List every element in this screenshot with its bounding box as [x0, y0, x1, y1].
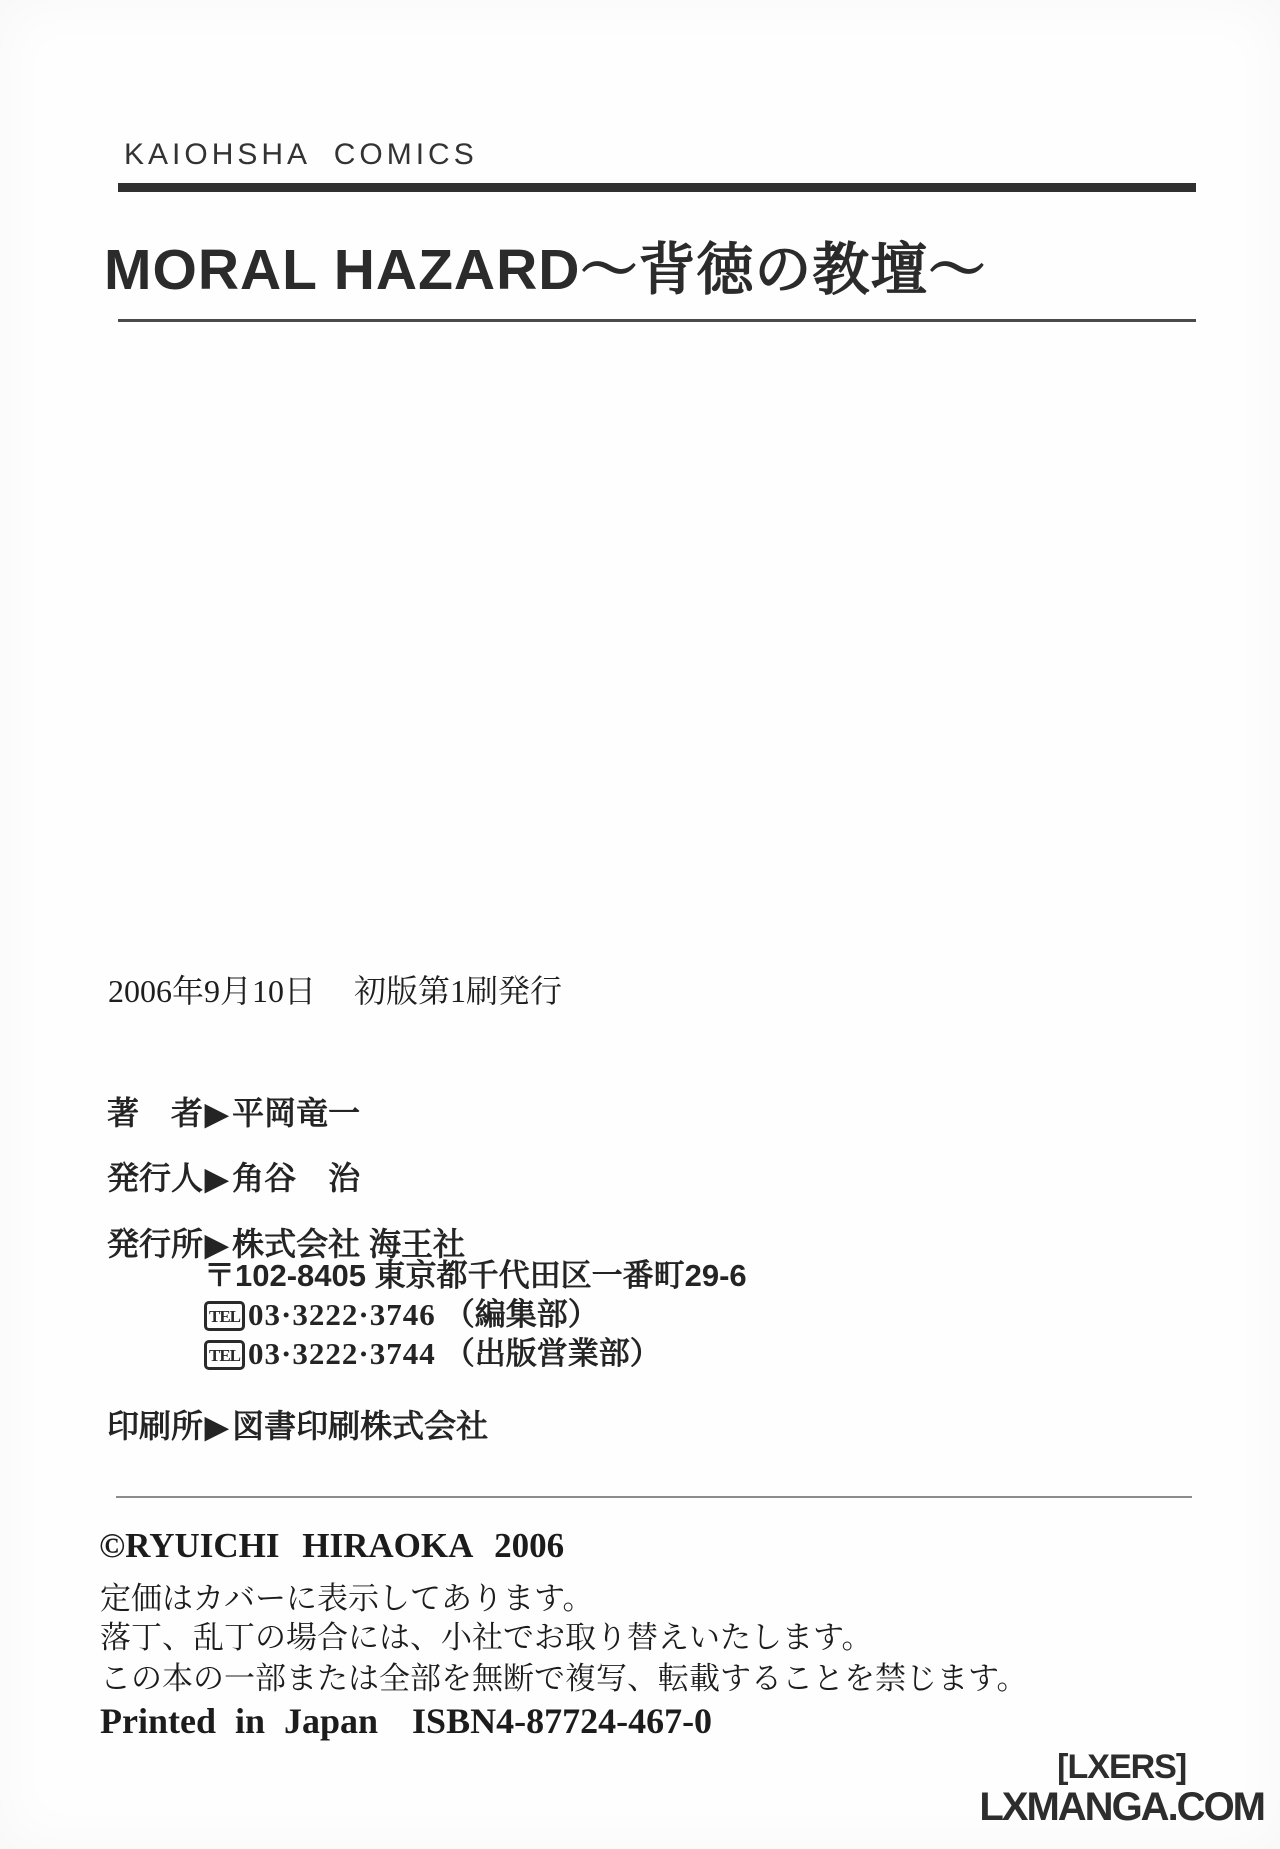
edition-printing: 初版第1刷発行 [354, 973, 562, 1009]
edition-line: 2006年9月10日初版第1刷発行 [108, 966, 562, 1012]
publisher-tel-sales: TEL03·3222·3744（出版営業部） [204, 1334, 747, 1373]
tel-icon: TEL [204, 1301, 245, 1331]
publisher-address: 〒102-8405 東京都千代田区一番町29-6 [204, 1256, 747, 1295]
printer-label: 印刷所 [107, 1408, 203, 1444]
imprint-label: KAIOHSHA COMICS [124, 138, 478, 172]
edition-date: 2006年9月10日 [108, 973, 316, 1009]
printed-in-japan: Printed in Japan [100, 1701, 378, 1741]
watermark-tag: [LXERS] [979, 1750, 1264, 1786]
issuer-label: 発行人 [107, 1160, 203, 1196]
isbn-number: ISBN4-87724-467-0 [412, 1701, 712, 1741]
tel-number-editorial: 03·3222·3746 [248, 1297, 436, 1332]
reproduction-note: この本の一部または全部を無断で複写、転載することを禁じます。 [100, 1653, 1028, 1698]
printed-isbn-line: Printed in JapanISBN4-87724-467-0 [100, 1700, 712, 1742]
replacement-note: 落丁、乱丁の場合には、小社でお取り替えいたします。 [100, 1612, 873, 1657]
triangle-marker-icon: ▶ [205, 1097, 228, 1132]
tel-dept-sales: （出版営業部） [444, 1336, 661, 1371]
publisher-tel-editorial: TEL03·3222·3746（編集部） [204, 1295, 747, 1334]
printer-value: 図書印刷株式会社 [232, 1408, 488, 1444]
credit-row-issuer: 発行人▶角谷 治 [107, 1153, 360, 1199]
author-value: 平岡竜一 [232, 1095, 360, 1131]
colophon-page: KAIOHSHA COMICS MORAL HAZARD～背徳の教壇～ 2006… [0, 0, 1280, 1849]
author-label: 著 者 [107, 1095, 203, 1131]
top-rule [118, 183, 1196, 192]
publisher-label: 発行所 [107, 1226, 203, 1262]
tel-number-sales: 03·3222·3744 [248, 1336, 436, 1371]
credit-row-author: 著 者▶平岡竜一 [107, 1088, 360, 1134]
issuer-value: 角谷 治 [232, 1160, 360, 1196]
triangle-marker-icon: ▶ [205, 1410, 228, 1445]
site-watermark: [LXERS] LXMANGA.COM [979, 1750, 1264, 1828]
publisher-details: 〒102-8405 東京都千代田区一番町29-6 TEL03·3222·3746… [204, 1256, 747, 1373]
copyright-line: ©RYUICHI HIRAOKA 2006 [99, 1526, 564, 1566]
tel-icon: TEL [204, 1340, 245, 1370]
title-rule [118, 319, 1196, 322]
watermark-domain: LXMANGA.COM [979, 1786, 1264, 1828]
triangle-marker-icon: ▶ [205, 1162, 228, 1197]
credit-row-printer: 印刷所▶図書印刷株式会社 [107, 1401, 488, 1447]
book-title: MORAL HAZARD～背徳の教壇～ [104, 224, 986, 306]
footer-rule [116, 1496, 1192, 1498]
tel-dept-editorial: （編集部） [444, 1297, 599, 1332]
